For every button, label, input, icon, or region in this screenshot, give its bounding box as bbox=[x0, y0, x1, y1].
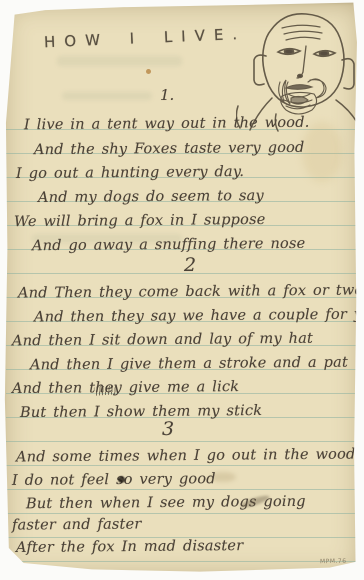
poem-title: HOW I LIVE. bbox=[44, 25, 247, 51]
crossed-out-word bbox=[94, 385, 117, 396]
forehead-wrinkles bbox=[282, 25, 322, 40]
mouth-scribble bbox=[279, 79, 326, 114]
stanza-number: 3 bbox=[162, 418, 174, 440]
poem-line: I go out a hunting every day. bbox=[16, 164, 244, 182]
poem-line: And then they give me a lick bbox=[12, 379, 239, 397]
poem-line: And Then they come back with a fox or tw… bbox=[18, 282, 364, 301]
eyes bbox=[278, 49, 335, 57]
poem-line: And the shy Foxes taste very good bbox=[34, 140, 305, 158]
face-doodle-icon bbox=[236, 10, 364, 132]
poem-line: I do not feel so very good bbox=[12, 471, 216, 489]
stanza-number: 1. bbox=[160, 86, 174, 104]
poem-line: And then I give them a stroke and a pat bbox=[30, 355, 348, 374]
poem-line: We will bring a fox in I suppose bbox=[14, 212, 266, 230]
ink-blot bbox=[118, 476, 125, 483]
ink-showthrough bbox=[57, 56, 182, 66]
poem-line: faster and faster bbox=[12, 516, 142, 533]
poem-line: And my dogs do seem to say bbox=[38, 188, 264, 206]
poem-line: But then I show them my stick bbox=[20, 403, 262, 421]
poem-line: And then they say we have a couple for y… bbox=[34, 306, 364, 325]
poem-line: And some times when I go out in the wood bbox=[16, 447, 356, 466]
poem-line: I live in a tent way out in the wood. bbox=[24, 115, 310, 133]
poem-line: And then I sit down and lay of my hat bbox=[12, 331, 313, 350]
paper-sheet: HOW I LIVE. bbox=[2, 2, 362, 578]
catalog-mark: MPM.76 bbox=[320, 558, 347, 565]
stain-spot bbox=[146, 69, 151, 74]
ink-showthrough bbox=[62, 92, 152, 100]
poem-line: After the fox In mad disaster bbox=[16, 538, 243, 556]
poem-line: And go away a snuffing there nose bbox=[32, 236, 305, 254]
head-outline bbox=[263, 14, 344, 107]
stanza-number: 2 bbox=[184, 254, 196, 276]
